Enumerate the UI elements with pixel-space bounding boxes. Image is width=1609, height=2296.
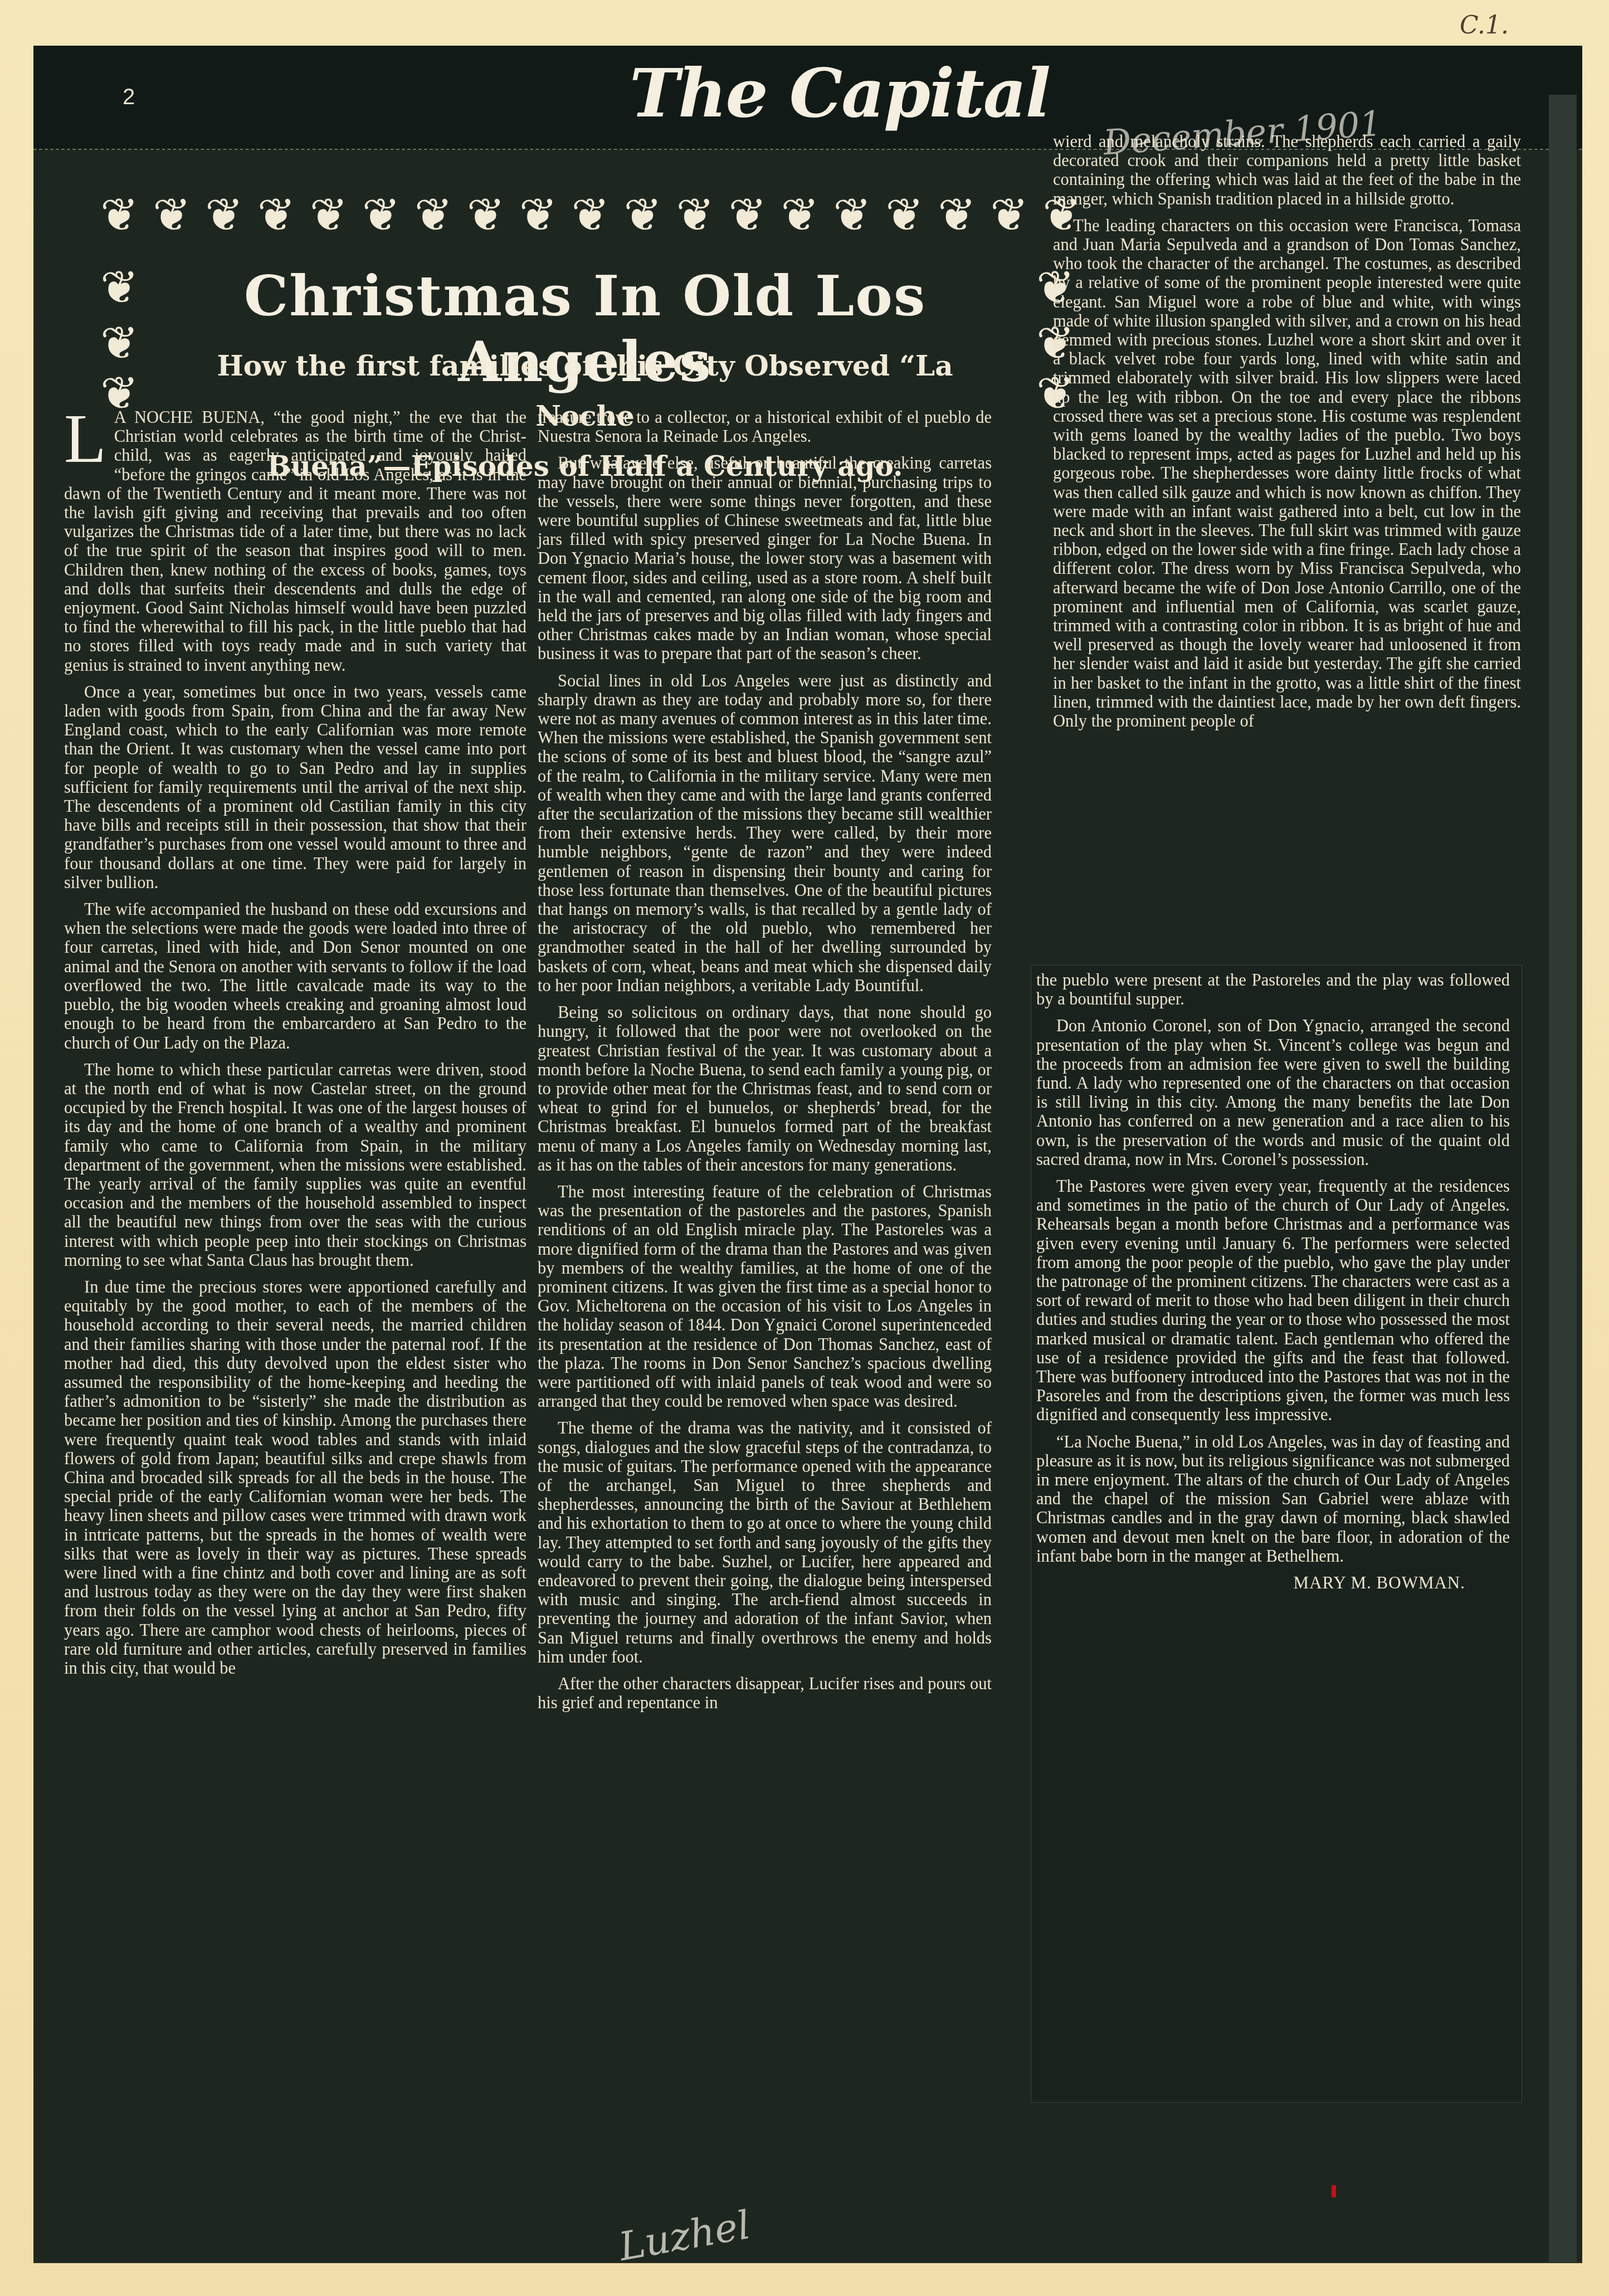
fleuron-icon: ❦	[100, 185, 139, 246]
article-paragraph: The most interesting feature of the cele…	[538, 1182, 992, 1411]
article-column-1: LA NOCHE BUENA, “the good night,” the ev…	[64, 408, 526, 1685]
fleuron-icon: ❦	[153, 185, 191, 246]
fleuron-icon: ❦	[519, 185, 558, 246]
fleuron-icon: ❦	[990, 185, 1028, 246]
fleuron-icon: ❦	[572, 185, 610, 246]
fleuron-icon: ❦	[676, 185, 714, 246]
page-number: 2	[123, 85, 135, 110]
article-paragraph: The theme of the drama was the nativity,…	[538, 1418, 992, 1666]
fleuron-icon: ❦	[467, 185, 505, 246]
fleuron-icon: ❦	[310, 185, 348, 246]
fleuron-icon: ❦	[415, 185, 453, 246]
drop-cap: L	[64, 411, 106, 467]
article-paragraph: The wife accompanied the husband on thes…	[64, 900, 526, 1052]
ornament-border-top: ❦❦❦❦❦❦❦❦❦❦❦❦❦❦❦❦❦❦❦	[100, 185, 1081, 246]
article-paragraph: Social lines in old Los Angeles were jus…	[538, 671, 992, 995]
fleuron-icon: ❦	[100, 319, 139, 369]
fleuron-icon: ❦	[938, 185, 976, 246]
article-paragraph: In due time the precious stores were app…	[64, 1278, 526, 1678]
fleuron-icon: ❦	[362, 185, 401, 246]
article-paragraph: Don Antonio Coronel, son of Don Ygnacio,…	[1036, 1016, 1510, 1169]
mount-strip	[1549, 95, 1577, 2262]
article-paragraph: treasure trove to a collector, or a hist…	[538, 408, 992, 446]
newspaper-clipping: 2 The Capital December 1901 ❦❦❦❦❦❦❦❦❦❦❦❦…	[33, 46, 1582, 2263]
article-column-3-top: wierd and melancholy strains. The shephe…	[1053, 132, 1521, 738]
handwritten-signature: Luzhel	[616, 2202, 754, 2270]
article-paragraph: The leading characters on this occasion …	[1053, 216, 1521, 730]
fleuron-icon: ❦	[257, 185, 296, 246]
fleuron-icon: ❦	[728, 185, 767, 246]
article-paragraph: But whatavere else, useful or beautiful …	[538, 454, 992, 663]
fleuron-icon: ❦	[885, 185, 924, 246]
article-paragraph: the pueblo were present at the Pastorele…	[1036, 971, 1510, 1008]
article-column-3-bottom: the pueblo were present at the Pastorele…	[1036, 971, 1510, 1592]
fleuron-icon: ❦	[100, 263, 139, 313]
article-paragraph: wierd and melancholy strains. The shephe…	[1053, 132, 1521, 208]
fleuron-icon: ❦	[624, 185, 662, 246]
article-paragraph: After the other characters disappear, Lu…	[538, 1674, 992, 1712]
article-paragraph: Being so solicitous on ordinary days, th…	[538, 1003, 992, 1174]
article-paragraph: The home to which these particular carre…	[64, 1060, 526, 1270]
article-paragraph: The Pastores were given every year, freq…	[1036, 1177, 1510, 1425]
article-paragraph: “La Noche Buena,” in old Los Angeles, wa…	[1036, 1432, 1510, 1566]
article-paragraph: Once a year, sometimes but once in two y…	[64, 683, 526, 892]
article-column-2: treasure trove to a collector, or a hist…	[538, 408, 992, 1720]
article-paragraph: LA NOCHE BUENA, “the good night,” the ev…	[64, 408, 526, 675]
fleuron-icon: ❦	[781, 185, 819, 246]
red-ink-mark	[1332, 2185, 1336, 2197]
fleuron-icon: ❦	[833, 185, 871, 246]
author-byline: MARY M. BOWMAN.	[1036, 1573, 1510, 1592]
handwritten-page-code: C.1.	[1460, 11, 1509, 40]
newspaper-title: The Capital	[630, 54, 1050, 133]
fleuron-icon: ❦	[205, 185, 243, 246]
